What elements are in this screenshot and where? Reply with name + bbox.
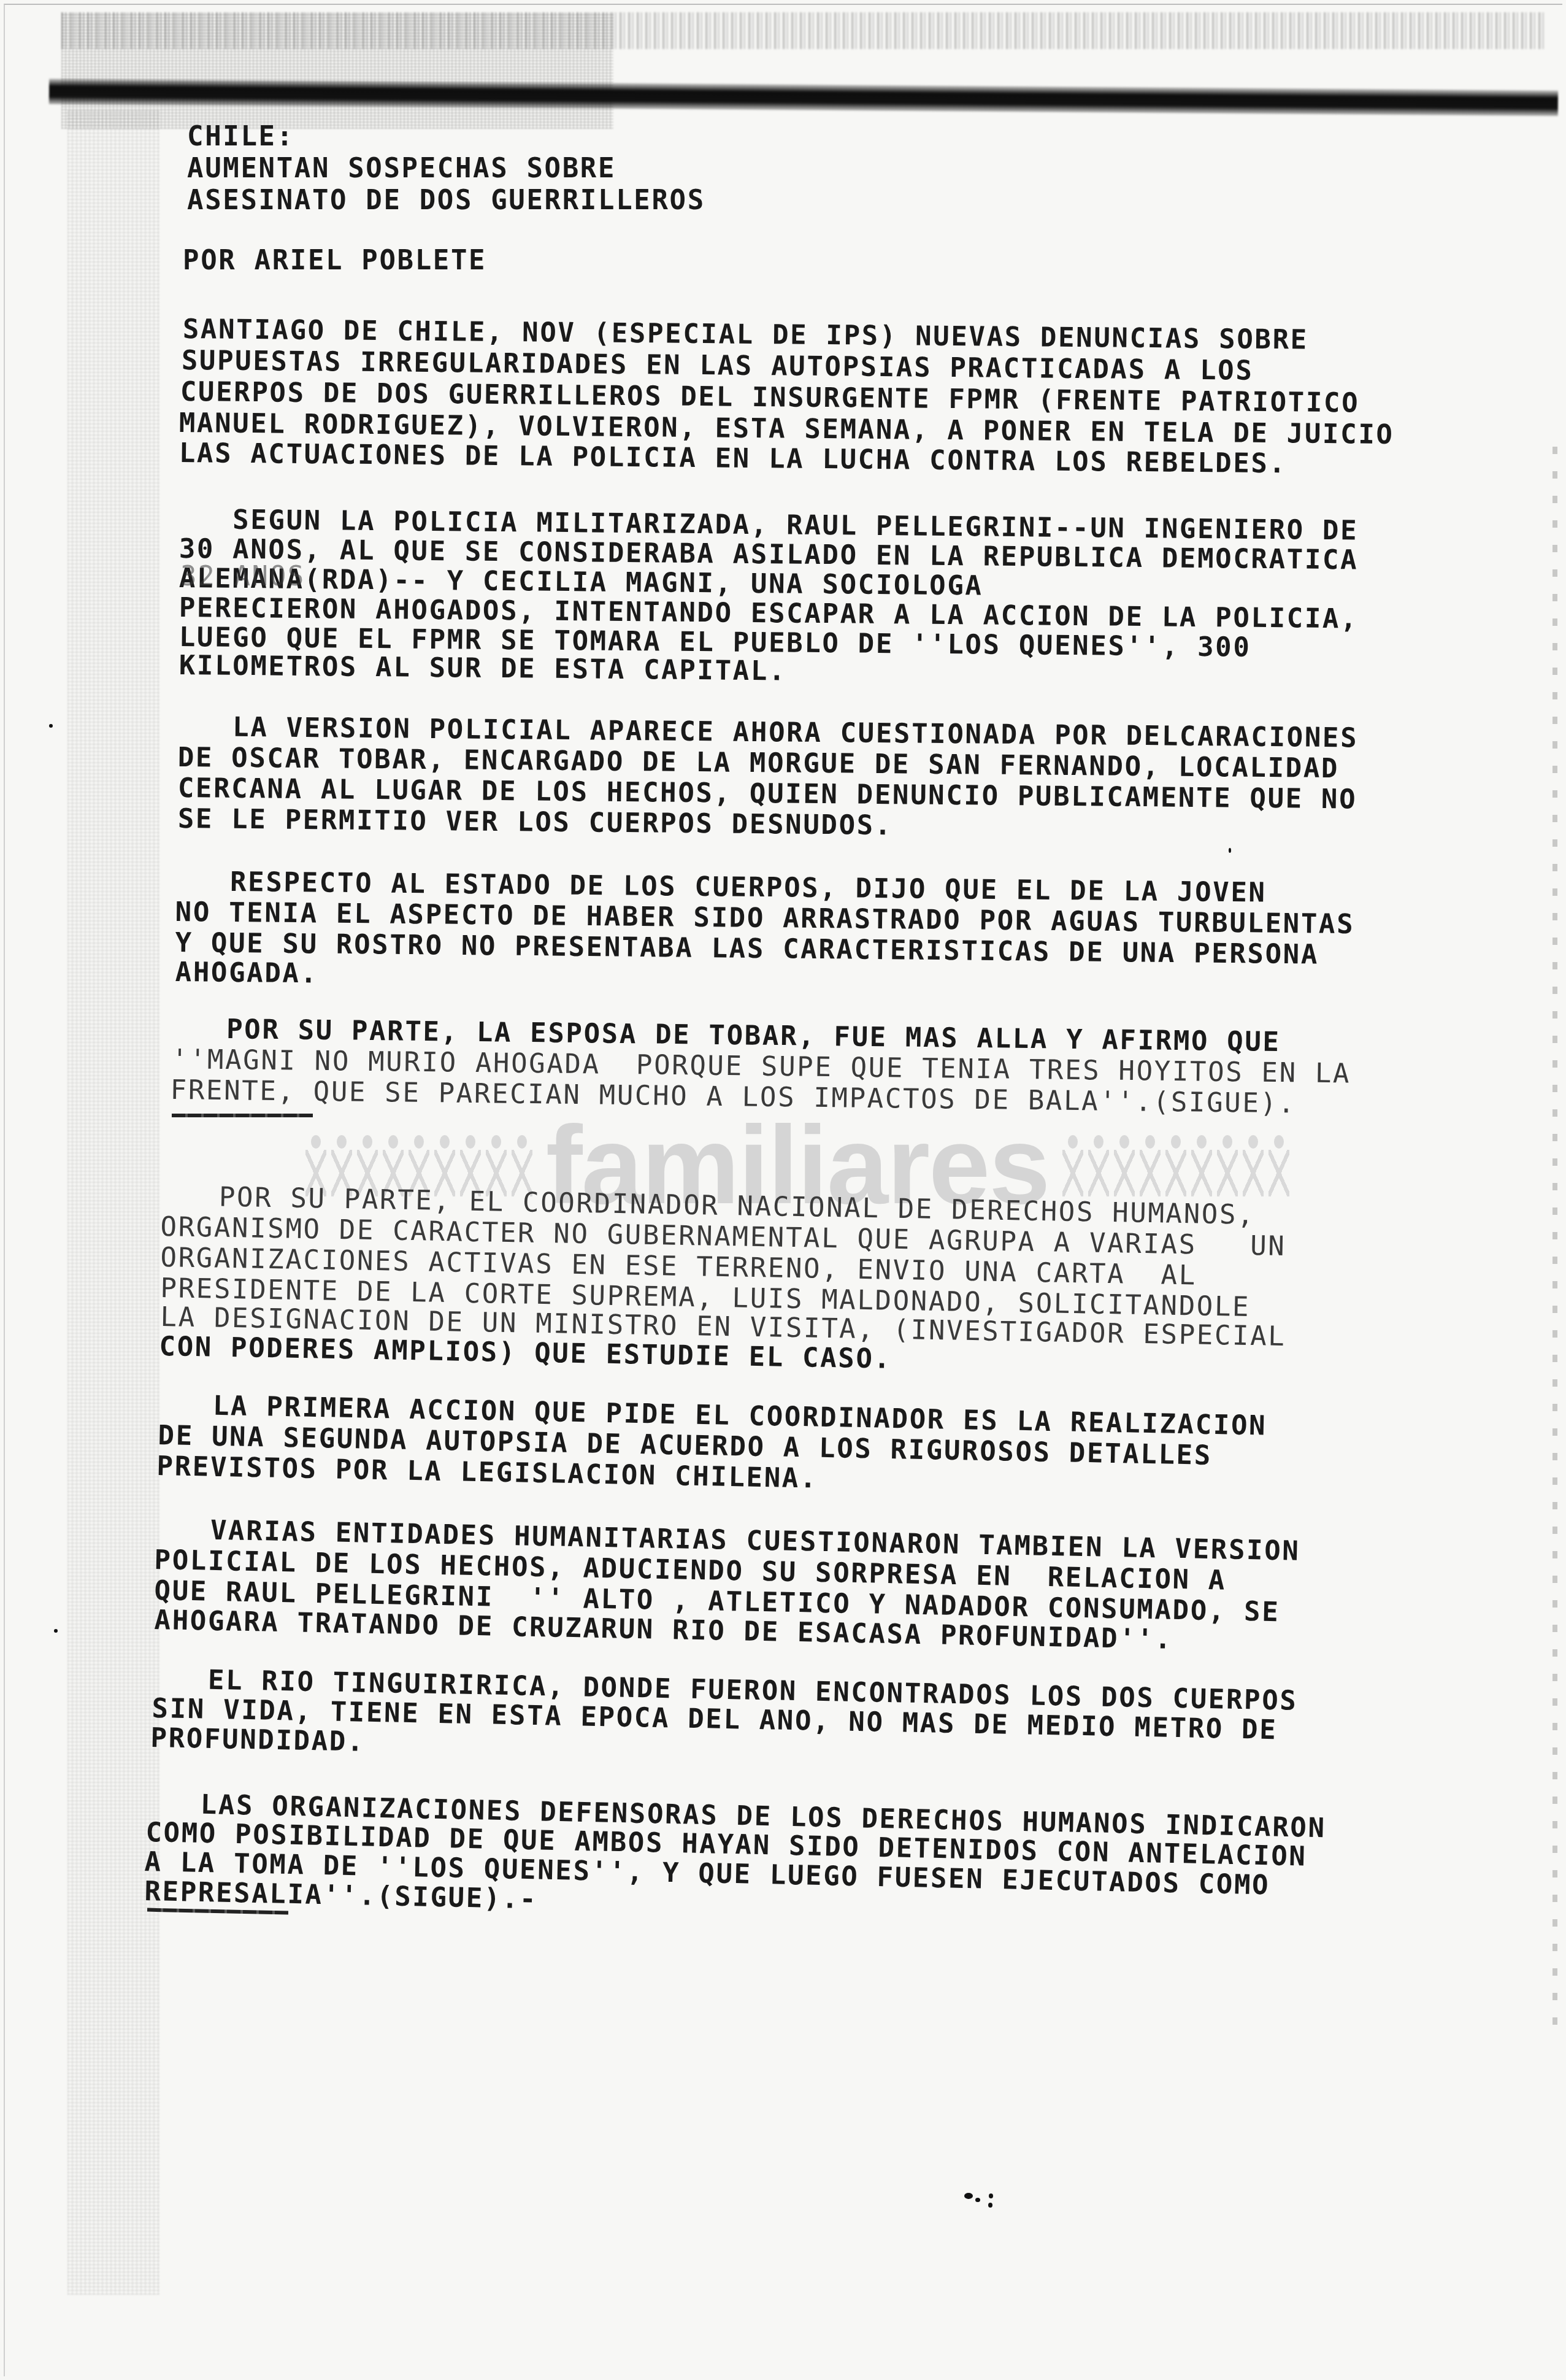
headline-line-1: AUMENTAN SOSPECHAS SOBRE — [187, 153, 616, 184]
paragraph-line: PROFUNDIDAD. — [150, 1723, 365, 1758]
scan-speck — [964, 2193, 973, 2199]
section-divider — [172, 1114, 313, 1117]
headline-line-2: ASESINATO DE DOS GUERRILLEROS — [187, 185, 705, 216]
scan-speck — [49, 724, 53, 728]
scan-speck — [975, 2198, 980, 2202]
scan-speck — [989, 2193, 993, 2198]
scan-speck — [1229, 848, 1231, 853]
scan-noise-right-edge — [1553, 429, 1557, 2025]
overstrike-text: 32 ANOS — [180, 561, 305, 592]
scan-speck — [54, 1629, 58, 1633]
paragraph-line: KILOMETROS AL SUR DE ESTA CAPITAL. — [179, 650, 787, 687]
scan-noise-left-edge — [67, 110, 159, 2295]
paragraph-line: AHOGADA. — [175, 957, 318, 989]
byline: POR ARIEL POBLETE — [183, 245, 486, 276]
country-label: CHILE: — [187, 121, 294, 152]
scan-speck — [988, 2203, 992, 2208]
